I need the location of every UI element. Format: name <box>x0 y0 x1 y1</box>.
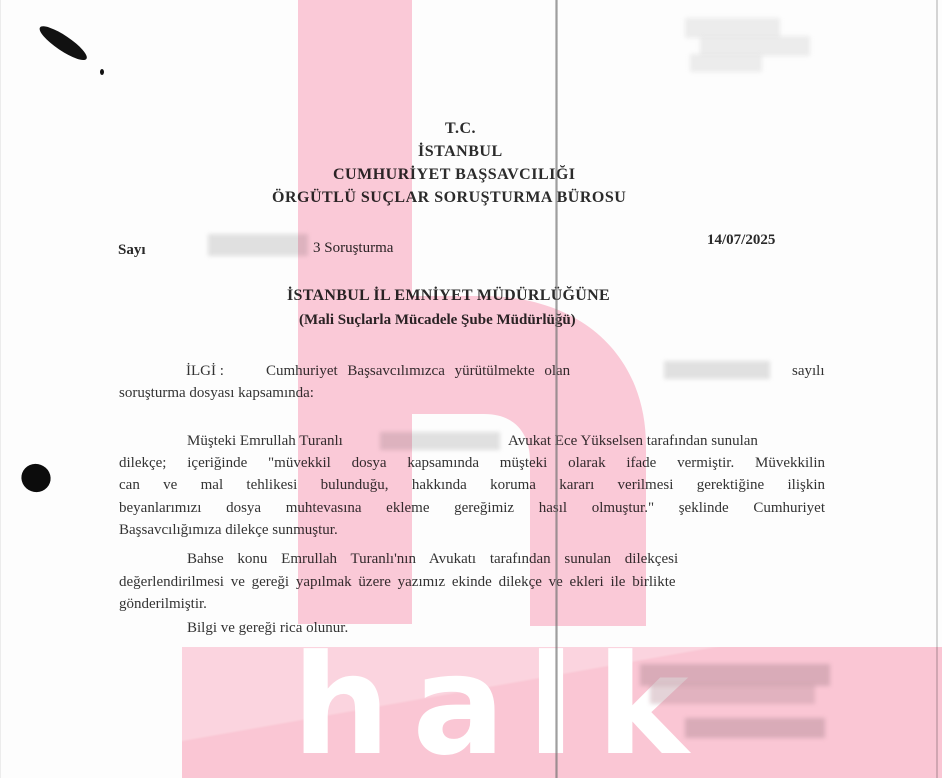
document-date: 14/07/2025 <box>707 232 775 249</box>
redacted-block <box>690 54 762 72</box>
redacted-block <box>685 18 780 38</box>
ink-mark-stroke <box>36 21 91 65</box>
signature-redaction <box>650 684 815 704</box>
ilgi-suffix: sayılı <box>792 363 825 380</box>
header-city: İSTANBUL <box>418 143 503 161</box>
header-tc: T.C. <box>445 120 476 138</box>
watermark-logo-arch <box>412 296 646 626</box>
document-page: T.C. İSTANBUL CUMHURİYET BAŞSAVCILIĞI ÖR… <box>0 0 942 778</box>
ink-mark-dot <box>17 460 54 496</box>
paragraph2-line3: gönderilmiştir. <box>119 596 207 613</box>
ink-mark-dot-small <box>100 69 104 75</box>
ilgi-redaction <box>664 361 770 379</box>
ilgi-line2: soruşturma dosyası kapsamında: <box>119 385 314 402</box>
watermark-text: halk <box>292 636 812 776</box>
reference-label: Sayı <box>118 242 146 259</box>
watermark-logo-stem <box>298 0 412 624</box>
page-fold-line <box>555 0 558 778</box>
signature-redaction <box>640 664 830 686</box>
ilgi-label: İLGİ : <box>186 363 224 380</box>
signature-redaction <box>685 718 825 738</box>
redacted-block <box>700 36 810 56</box>
reference-redaction <box>208 234 308 256</box>
page-left-edge <box>0 0 1 778</box>
